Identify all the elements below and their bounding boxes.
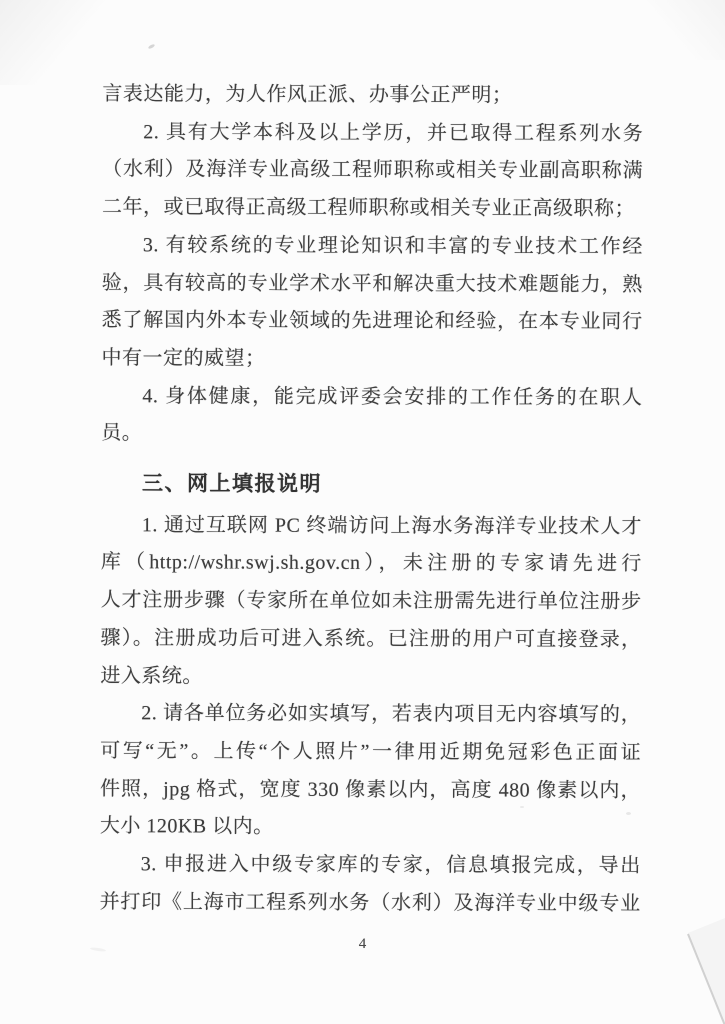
text-line: 1. 通过互联网 PC 终端访问上海水务海洋专业技术人才	[101, 507, 642, 547]
document-text-block: 言表达能力，为人作风正派、办事公正严明；2. 具有大学本科及以上学历，并已取得工…	[100, 76, 644, 923]
text-line: 员。	[101, 415, 642, 455]
text-line: 库（http://wshr.swj.sh.gov.cn），未注册的专家请先进行	[101, 544, 642, 584]
scan-paper-edge-shade	[688, 884, 725, 1024]
scan-speck	[148, 44, 156, 50]
text-line: 2. 具有大学本科及以上学历，并已取得工程系列水务	[102, 114, 643, 154]
scanned-document-page: 言表达能力，为人作风正派、办事公正严明；2. 具有大学本科及以上学历，并已取得工…	[0, 0, 725, 1024]
page-number: 4	[0, 936, 725, 953]
text-line: 3. 申报进入中级专家库的专家，信息填报完成，导出	[100, 846, 641, 886]
text-line: 3. 有较系统的专业理论知识和丰富的专业技术工作经	[102, 227, 643, 267]
text-line: 言表达能力，为人作风正派、办事公正严明；	[102, 76, 643, 116]
text-line: 悉了解国内外本专业领域的先进理论和经验，在本专业同行	[102, 302, 643, 342]
text-line: 可写“无”。上传“个人照片”一律用近期免冠彩色正面证	[100, 733, 641, 773]
scan-corner-shade-top-right	[635, 0, 725, 60]
text-line: 件照，jpg 格式，宽度 330 像素以内，高度 480 像素以内，	[100, 771, 641, 811]
text-line: 大小 120KB 以内。	[100, 808, 641, 848]
text-line: 中有一定的威望；	[101, 340, 642, 380]
text-line: 2. 请各单位务必如实填写，若表内项目无内容填写的，	[100, 695, 641, 735]
text-line: 二年，或已取得正高级工程师职称或相关专业正高级职称；	[102, 189, 643, 229]
scan-corner-shade-top-left	[0, 0, 130, 85]
text-line: （水利）及海洋专业高级工程师职称或相关专业副高职称满	[102, 151, 643, 191]
text-line: 验，具有较高的专业学术水平和解决重大技术难题能力，熟	[102, 265, 643, 305]
text-line: 骤）。注册成功后可进入系统。已注册的用户可直接登录，	[100, 620, 641, 660]
text-line: 4. 身体健康，能完成评委会安排的工作任务的在职人	[101, 378, 642, 418]
text-line: 三、网上填报说明	[101, 465, 642, 505]
text-line: 进入系统。	[100, 658, 641, 698]
text-line: 并打印《上海市工程系列水务（水利）及海洋专业中级专业	[100, 884, 641, 924]
text-line: 人才注册步骤（专家所在单位如未注册需先进行单位注册步	[101, 582, 642, 622]
